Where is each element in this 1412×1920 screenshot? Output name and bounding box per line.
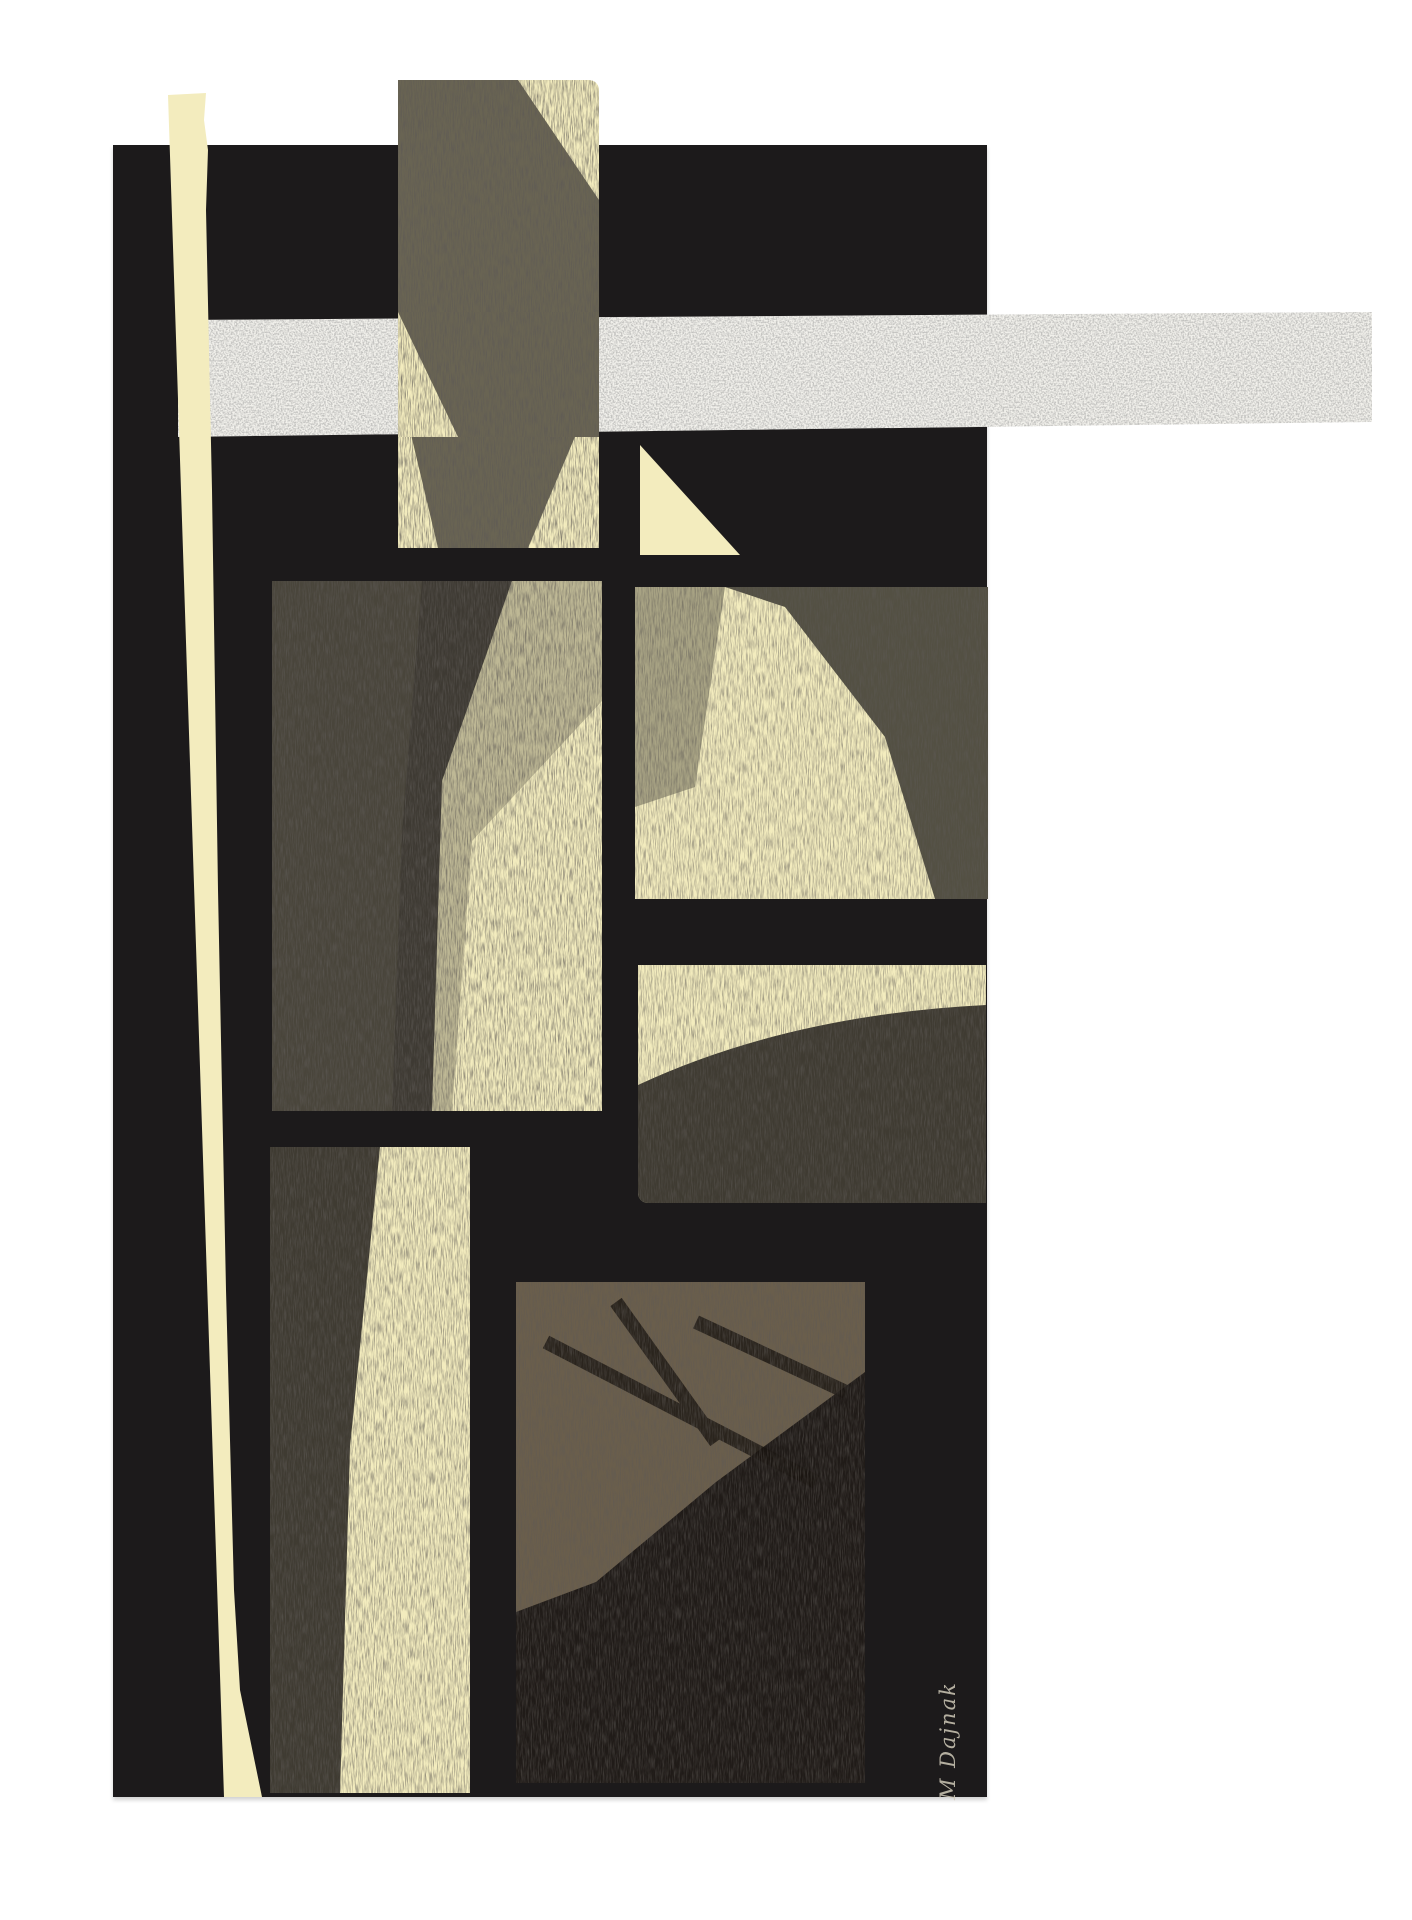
white-strip (178, 312, 1372, 437)
panel-left-large (272, 581, 602, 1111)
cream-triangle (640, 445, 740, 556)
panel-dark-lower (516, 1282, 865, 1783)
cream-strip (160, 90, 270, 1802)
panel-right-middle (638, 965, 986, 1203)
tall-top-piece-overlap (398, 312, 599, 437)
panel-left-lower (270, 1147, 470, 1793)
panel-right-upper (635, 587, 988, 899)
artist-signature: M Dajnak (936, 1620, 962, 1800)
